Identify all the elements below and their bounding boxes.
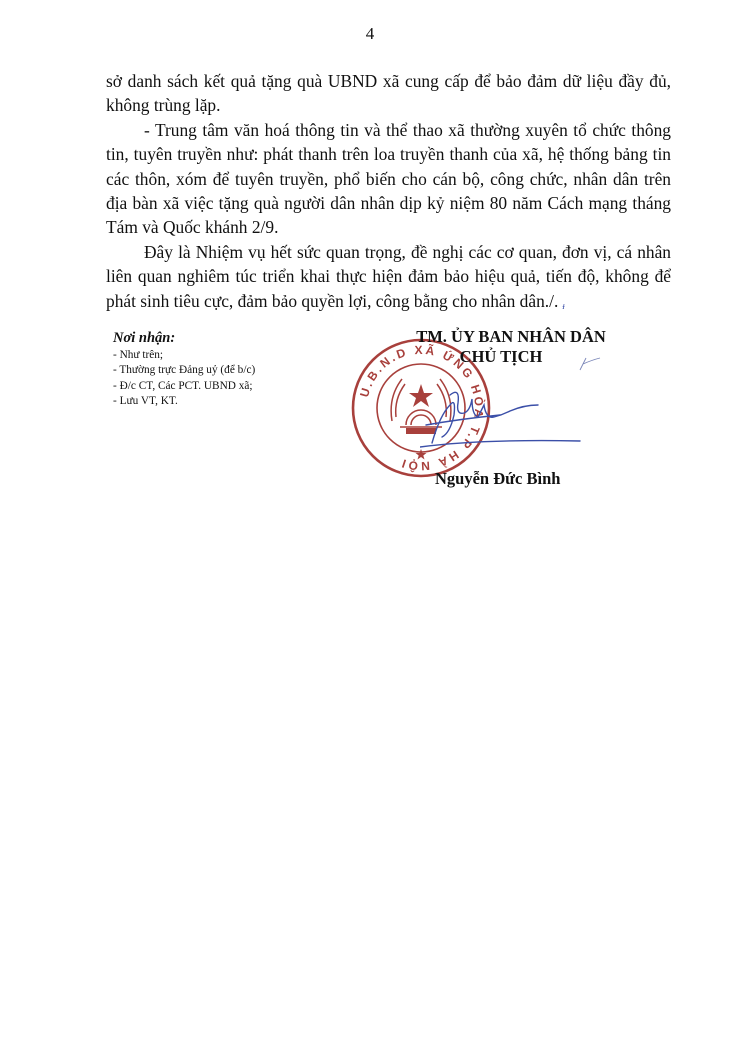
paragraph-continuation: sở danh sách kết quả tặng quà UBND xã cu…: [106, 69, 671, 118]
signing-organization: TM. ỦY BAN NHÂN DÂN: [391, 327, 631, 347]
recipients-list: - Như trên; - Thường trực Đảng uỷ (để b/…: [113, 348, 343, 409]
handwritten-signature-icon: [420, 385, 585, 450]
recipient-item: - Như trên;: [113, 348, 343, 363]
closing-text: Đây là Nhiệm vụ hết sức quan trọng, đề n…: [106, 242, 671, 311]
recipients-title: Nơi nhận:: [113, 330, 343, 347]
pen-stroke-icon: [578, 354, 602, 372]
recipient-item: - Lưu VT, KT.: [113, 394, 343, 409]
initial-check-mark: ᵻ: [562, 301, 564, 311]
paragraph-closing: Đây là Nhiệm vụ hết sức quan trọng, đề n…: [106, 240, 671, 318]
recipients-block: Nơi nhận: - Như trên; - Thường trực Đảng…: [113, 330, 343, 409]
page-number: 4: [0, 24, 740, 44]
recipient-item: - Đ/c CT, Các PCT. UBND xã;: [113, 379, 343, 394]
paragraph-culture-center: - Trung tâm văn hoá thông tin và thể tha…: [106, 118, 671, 240]
signer-name: Nguyễn Đức Bình: [435, 469, 560, 489]
recipient-item: - Thường trực Đảng uỷ (để b/c): [113, 363, 343, 378]
document-body: sở danh sách kết quả tặng quà UBND xã cu…: [106, 69, 671, 318]
